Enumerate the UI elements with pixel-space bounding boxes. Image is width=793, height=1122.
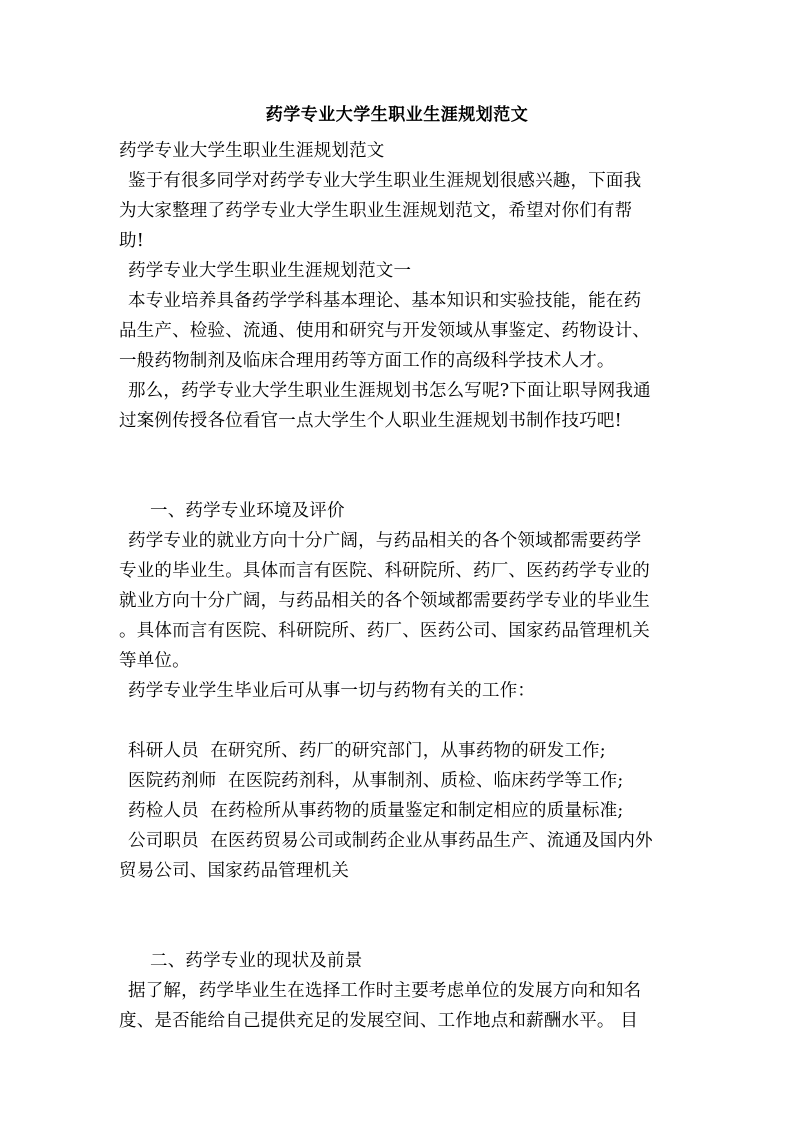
job-item: 科研人员 在研究所、药厂的研究部门，从事药物的研发工作; (119, 736, 675, 766)
paragraph-line: 。具体而言有医院、科研院所、药厂、医药公司、国家药品管理机关 (119, 616, 675, 646)
section-1-heading: 一、药学专业环境及评价 (119, 496, 675, 526)
paragraph-line: 专业的毕业生。具体而言有医院、科研院所、药厂、医药药学专业的 (119, 556, 675, 586)
job-item: 药检人员 在药检所从事药物的质量鉴定和制定相应的质量标准; (119, 796, 675, 826)
intro-subtitle: 药学专业大学生职业生涯规划范文 (119, 136, 675, 166)
paragraph-line: 等单位。 (119, 646, 675, 676)
paragraph-line: 就业方向十分广阔，与药品相关的各个领域都需要药学专业的毕业生 (119, 586, 675, 616)
blank-space (119, 706, 675, 736)
intro-line: 助! (119, 226, 675, 256)
section-2-heading: 二、药学专业的现状及前景 (119, 946, 675, 976)
paragraph-line: 药学专业学生毕业后可从事一切与药物有关的工作： (119, 676, 675, 706)
paragraph-line: 药学专业的就业方向十分广阔，与药品相关的各个领域都需要药学 (119, 526, 675, 556)
paragraph-line: 过案例传授各位看官一点大学生个人职业生涯规划书制作技巧吧! (119, 406, 675, 436)
document-title: 药学专业大学生职业生涯规划范文 (119, 100, 675, 130)
blank-space (119, 886, 675, 946)
document-page: 药学专业大学生职业生涯规划范文 药学专业大学生职业生涯规划范文 鉴于有很多同学对… (119, 100, 675, 1036)
paragraph-line: 据了解，药学毕业生在选择工作时主要考虑单位的发展方向和知名 (119, 976, 675, 1006)
intro-line: 鉴于有很多同学对药学专业大学生职业生涯规划很感兴趣，下面我 (119, 166, 675, 196)
sample-one-heading: 药学专业大学生职业生涯规划范文一 (119, 256, 675, 286)
job-item: 医院药剂师 在医院药剂科，从事制剂、质检、临床药学等工作; (119, 766, 675, 796)
job-item-continuation: 贸易公司、国家药品管理机关 (119, 856, 675, 886)
job-item: 公司职员 在医药贸易公司或制药企业从事药品生产、流通及国内外 (119, 826, 675, 856)
paragraph-line: 一般药物制剂及临床合理用药等方面工作的高级科学技术人才。 (119, 346, 675, 376)
paragraph-line: 度、是否能给自己提供充足的发展空间、工作地点和薪酬水平。 目 (119, 1006, 675, 1036)
paragraph-line: 那么，药学专业大学生职业生涯规划书怎么写呢?下面让职导网我通 (119, 376, 675, 406)
paragraph-line: 品生产、检验、流通、使用和研究与开发领域从事鉴定、药物设计、 (119, 316, 675, 346)
blank-space (119, 436, 675, 496)
paragraph-line: 本专业培养具备药学学科基本理论、基本知识和实验技能，能在药 (119, 286, 675, 316)
intro-line: 为大家整理了药学专业大学生职业生涯规划范文，希望对你们有帮 (119, 196, 675, 226)
